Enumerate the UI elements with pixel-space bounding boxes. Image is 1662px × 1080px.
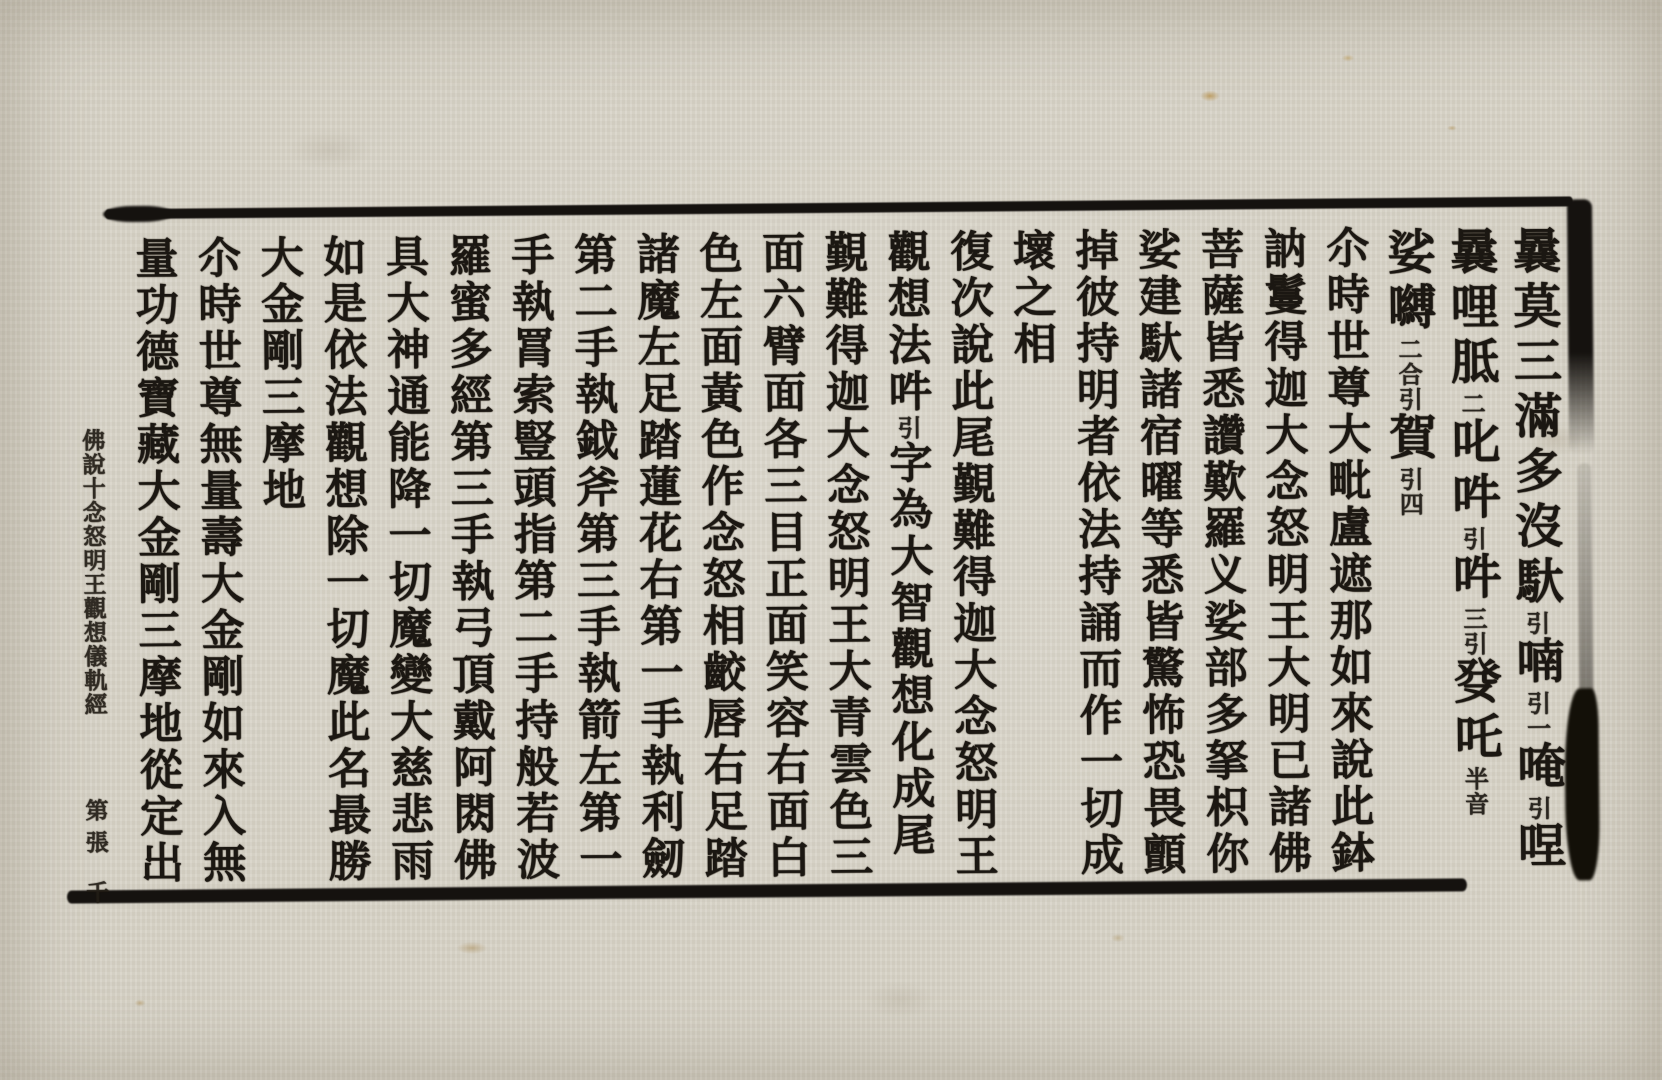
frame-border-right-upper: [1567, 199, 1594, 454]
sutra-text: 觀想法吽: [881, 229, 930, 415]
blank-space: [94, 822, 95, 830]
text-column-3: 娑嚩二合引賀引四: [1374, 221, 1442, 884]
sutra-text: 諸魔左足踏蓮花右第一手執利劒: [631, 231, 684, 882]
text-column-15: 諸魔左足踏蓮花右第一手執利劒: [622, 227, 690, 890]
text-column-19: 具大神通能降一切魔變大慈悲雨: [371, 229, 439, 892]
sutra-text: 曩哩胝: [1443, 226, 1497, 391]
sutra-text: 如是依法觀想除一切魔此名最勝: [317, 234, 370, 885]
gloss-text: 引: [1522, 611, 1548, 636]
sutra-text: 大金剛三摩地: [254, 235, 303, 514]
sutra-text: 尒時世尊無量壽大金剛如來入無: [192, 235, 245, 886]
gloss-text: 張: [83, 830, 108, 854]
paper-background: 曩莫三滿多沒馱引喃引一唵引㖏曩哩胝二叱吽引吽三引癹吒半音娑嚩二合引賀引四尒時世尊…: [0, 0, 1662, 1080]
text-column-2: 曩哩胝二叱吽引吽三引癹吒半音: [1437, 220, 1505, 883]
sutra-text: 羅蜜多經第三手執弓頂戴阿閦佛: [443, 233, 496, 884]
sutra-text: 具大神通能降一切魔變大慈悲雨: [380, 233, 433, 884]
sutra-text: 第二手執鉞斧第三手執箭左第一: [568, 232, 621, 883]
tail-title-column: 佛說十念怒明王觀想儀軌經第張千: [58, 232, 126, 895]
gloss-text: 三引: [1459, 606, 1485, 656]
sutra-text: 覲難得迦大念怒明王大青雲色三: [819, 230, 872, 881]
text-column-18: 羅蜜多經第三手執弓頂戴阿閦佛: [434, 229, 502, 892]
frame-border-right-middle: [1577, 463, 1593, 693]
sutra-text: 訥鬘得迦大念怒明王大明已諸佛: [1257, 226, 1310, 877]
sutra-text: 量功德寶藏大金剛三摩地從定出: [129, 236, 182, 887]
text-column-23: 量功德寶藏大金剛三摩地從定出: [120, 232, 188, 895]
text-column-13: 面六臂面各三目正面笑容右面白: [747, 226, 815, 889]
sutra-text: 曩莫三滿多沒馱: [1505, 226, 1561, 611]
sutra-text-columns: 曩莫三滿多沒馱引喃引一唵引㖏曩哩胝二叱吽引吽三引癹吒半音娑嚩二合引賀引四尒時世尊…: [57, 220, 1568, 895]
gloss-text: 二合引: [1394, 337, 1421, 412]
sutra-text: 喃: [1509, 636, 1562, 691]
text-column-12: 覲難得迦大念怒明王大青雲色三: [810, 226, 878, 889]
text-column-1: 曩莫三滿多沒馱引喃引一唵引㖏: [1499, 220, 1567, 883]
sutra-text: 手執罥索豎頭指第二手持般若波: [505, 232, 558, 883]
frame-border-right-lower: [1564, 688, 1600, 880]
gloss-text: 引: [893, 415, 919, 440]
gloss-text: 第: [82, 798, 107, 822]
sutra-text: 色左面黃色作念怒相齩唇右足踏: [693, 231, 746, 882]
sutra-text: 掉彼持明者依法持誦而作一切成: [1069, 227, 1122, 878]
text-column-14: 色左面黃色作念怒相齩唇右足踏: [685, 227, 753, 890]
text-column-16: 第二手執鉞斧第三手執箭左第一: [559, 228, 627, 891]
text-column-4: 尒時世尊大毗盧遮那如來說此鉢: [1311, 221, 1379, 884]
blank-space: [94, 854, 95, 880]
sutra-text: 唵: [1510, 741, 1563, 796]
text-column-11: 觀想法吽引字為大智觀想化成尾: [873, 225, 941, 888]
text-column-20: 如是依法觀想除一切魔此名最勝: [308, 230, 376, 893]
sutra-text: 壞之相: [1007, 228, 1055, 368]
sutra-text: 叱吽: [1444, 416, 1498, 526]
sutra-text: 吽: [1445, 551, 1498, 606]
printed-block: 曩莫三滿多沒馱引喃引一唵引㖏曩哩胝二叱吽引吽三引癹吒半音娑嚩二合引賀引四尒時世尊…: [0, 0, 1662, 1080]
text-column-5: 訥鬘得迦大念怒明王大明已諸佛: [1249, 222, 1317, 885]
gloss-text: 引四: [1395, 467, 1421, 517]
gloss-text: 佛說十念怒明王觀想儀軌經: [79, 428, 107, 716]
gloss-text: 引: [1523, 796, 1549, 821]
sutra-text: 賀: [1381, 412, 1434, 467]
gloss-text: 半音: [1460, 766, 1486, 816]
sutra-text: 㖏: [1510, 821, 1563, 876]
text-column-21: 大金剛三摩地: [246, 230, 314, 893]
sutra-text: 娑嚩: [1380, 227, 1434, 337]
sutra-text: 菩薩皆悉讚歎羅义娑部多拏枳你: [1195, 226, 1248, 877]
gloss-text: 引: [1458, 526, 1484, 551]
text-column-10: 復次說此尾覲難得迦大念怒明王: [935, 224, 1003, 887]
blank-space: [93, 716, 95, 798]
gloss-text: 千: [83, 880, 108, 904]
sutra-text: 癹吒: [1446, 656, 1500, 766]
text-column-9: 壞之相: [998, 224, 1066, 887]
gloss-text: 引一: [1522, 691, 1548, 741]
sutra-text: 娑建馱諸宿曜等悉皆驚怖恐畏顫: [1132, 227, 1185, 878]
sutra-text: 字為大智觀想化成尾: [883, 440, 934, 859]
sutra-text: 尒時世尊大毗盧遮那如來說此鉢: [1320, 225, 1373, 876]
sutra-text: 復次說此尾覲難得迦大念怒明王: [944, 228, 997, 879]
text-column-17: 手執罥索豎頭指第二手持般若波: [496, 228, 564, 891]
sutra-text: 面六臂面各三目正面笑容右面白: [756, 230, 809, 881]
gloss-text: 二: [1457, 391, 1483, 416]
text-column-7: 娑建馱諸宿曜等悉皆驚怖恐畏顫: [1123, 223, 1191, 886]
text-column-22: 尒時世尊無量壽大金剛如來入無: [183, 231, 251, 894]
frame-border-top-ink-blob: [103, 206, 173, 223]
text-column-6: 菩薩皆悉讚歎羅义娑部多拏枳你: [1186, 222, 1254, 885]
frame-border-top: [105, 196, 1573, 219]
text-column-8: 掉彼持明者依法持誦而作一切成: [1061, 223, 1129, 886]
